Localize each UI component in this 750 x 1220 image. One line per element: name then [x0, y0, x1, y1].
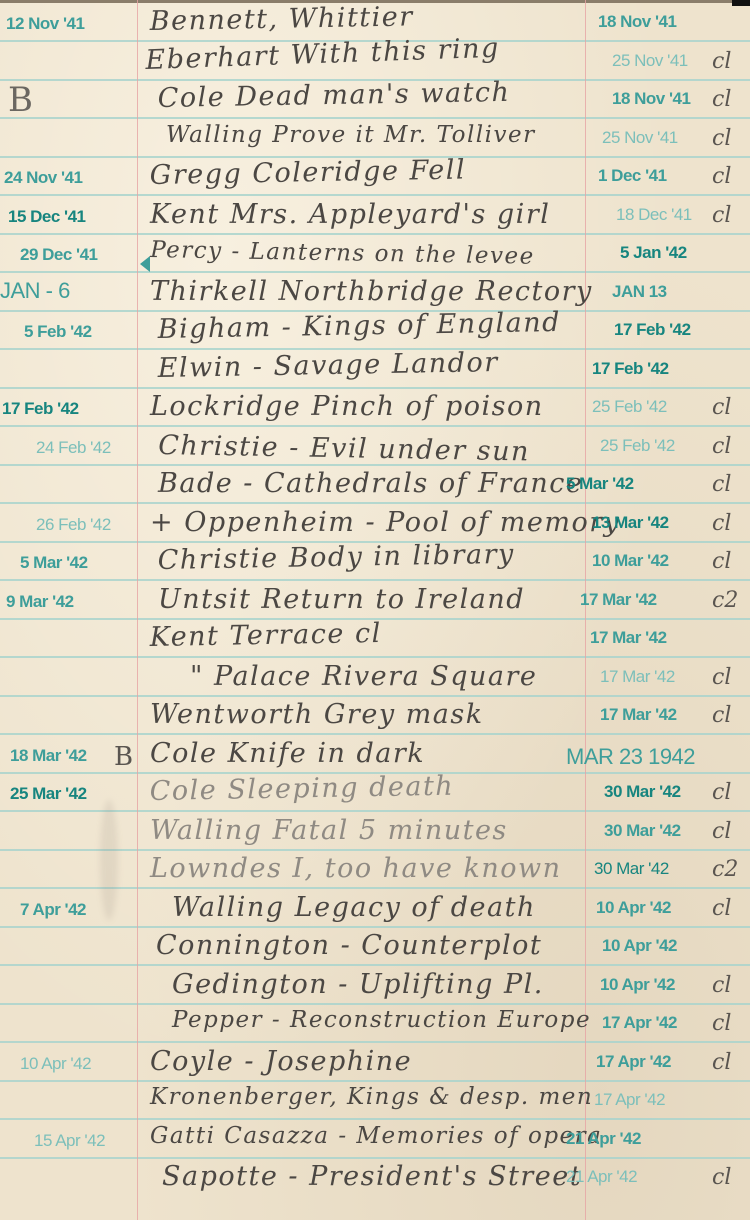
ledger-row: 24 Feb '42Christie - Evil under sun25 Fe… [0, 430, 750, 468]
due-date-stamp: 17 Feb '42 [592, 359, 669, 379]
ledger-row: Gedington - Uplifting Pl.10 Apr '42cl [0, 969, 750, 1007]
due-date-stamp: 17 Mar '42 [600, 667, 675, 687]
ledger-row: JAN - 6Thirkell Northbridge RectoryJAN 1… [0, 276, 750, 314]
due-date-stamp: 5 Mar '42 [566, 474, 634, 494]
ledger-row: Pepper - Reconstruction Europe17 Apr '42… [0, 1007, 750, 1045]
checkout-date-stamp: 7 Apr '42 [20, 900, 86, 920]
ledger-row: 18 Mar '42BCole Knife in darkMAR 23 1942 [0, 738, 750, 776]
ledger-row: Lowndes I, too have known30 Mar '42c2 [0, 853, 750, 891]
ledger-row: 5 Mar '42Christie Body in library10 Mar … [0, 545, 750, 583]
due-date-stamp: 17 Mar '42 [600, 705, 677, 725]
due-date-stamp: 17 Apr '42 [594, 1090, 665, 1110]
due-date-stamp: 18 Dec '41 [616, 205, 692, 225]
due-date-stamp: 17 Apr '42 [602, 1013, 677, 1033]
checkout-date-stamp: 10 Apr '42 [20, 1054, 91, 1074]
return-mark: c2 [712, 857, 738, 882]
return-mark: cl [712, 49, 731, 74]
ledger-row: Cole Dead man's watch18 Nov '41cl [0, 83, 750, 121]
book-entry: Kronenberger, Kings & desp. men [150, 1084, 593, 1110]
due-date-stamp: 30 Mar '42 [594, 859, 669, 879]
book-entry: Cole Knife in dark [150, 738, 425, 769]
ledger-row: 26 Feb '42+ Oppenheim - Pool of memory13… [0, 507, 750, 545]
due-date-stamp: 30 Mar '42 [604, 782, 681, 802]
checkout-date-stamp: 26 Feb '42 [36, 515, 111, 535]
checkout-date-stamp: 15 Dec '41 [8, 207, 86, 227]
return-mark: cl [712, 780, 731, 805]
due-date-stamp: 17 Feb '42 [614, 320, 691, 340]
book-entry: Thirkell Northbridge Rectory [150, 276, 593, 307]
return-mark: cl [712, 1011, 731, 1036]
due-date-stamp: 17 Mar '42 [590, 628, 667, 648]
book-entry: Gedington - Uplifting Pl. [172, 969, 544, 1000]
due-date-stamp: 25 Feb '42 [600, 436, 675, 456]
due-date-stamp: 30 Mar '42 [604, 821, 681, 841]
ledger-row: 25 Mar '42Cole Sleeping death30 Mar '42c… [0, 776, 750, 814]
book-entry: Lowndes I, too have known [150, 853, 561, 884]
return-mark: cl [712, 126, 731, 151]
ledger-row: Kronenberger, Kings & desp. men17 Apr '4… [0, 1084, 750, 1122]
book-entry: Bigham - Kings of England [157, 307, 561, 345]
due-date-stamp: 25 Nov '41 [602, 128, 678, 148]
checkout-date-stamp: 24 Nov '41 [4, 168, 82, 188]
book-entry: Walling Fatal 5 minutes [150, 815, 508, 846]
due-date-stamp: 21 Apr '42 [566, 1129, 641, 1149]
return-mark: cl [712, 511, 731, 536]
book-entry: Connington - Counterplot [156, 930, 542, 961]
book-entry: Sapotte - President's Street [162, 1161, 582, 1192]
checkout-date-stamp: 18 Mar '42 [10, 746, 87, 766]
ledger-row: Elwin - Savage Landor17 Feb '42 [0, 353, 750, 391]
return-mark: cl [712, 434, 731, 459]
return-mark: cl [712, 472, 731, 497]
book-entry: Christie Body in library [157, 539, 515, 576]
due-date-stamp: 25 Nov '41 [612, 51, 688, 71]
book-entry: Bennett, Whittier [149, 1, 413, 37]
checkout-date-stamp: 15 Apr '42 [34, 1131, 105, 1151]
book-entry: Gregg Coleridge Fell [149, 154, 466, 191]
book-entry: Lockridge Pinch of poison [150, 391, 544, 422]
ledger-row: 29 Dec '41Percy - Lanterns on the levee5… [0, 237, 750, 275]
return-mark: c2 [712, 588, 738, 613]
book-entry: Elwin - Savage Landor [157, 347, 498, 384]
due-date-stamp: JAN 13 [612, 282, 667, 302]
due-date-stamp: 10 Apr '42 [602, 936, 677, 956]
checkout-date-stamp: 5 Feb '42 [24, 322, 92, 342]
return-mark: cl [712, 1050, 731, 1075]
checkout-date-stamp: JAN - 6 [0, 278, 70, 304]
return-mark: cl [712, 973, 731, 998]
book-entry: Pepper - Reconstruction Europe [172, 1007, 591, 1033]
ledger-row: 24 Nov '41Gregg Coleridge Fell1 Dec '41c… [0, 160, 750, 198]
ledger-row: 15 Apr '42Gatti Casazza - Memories of op… [0, 1123, 750, 1161]
ledger-row: Walling Prove it Mr. Tolliver25 Nov '41c… [0, 122, 750, 160]
book-entry: Christie - Evil under sun [158, 430, 530, 467]
book-entry: " Palace Rivera Square [190, 661, 537, 692]
book-entry: Cole Sleeping death [149, 771, 454, 807]
due-date-stamp: MAR 23 1942 [566, 744, 695, 770]
return-mark: cl [712, 896, 731, 921]
book-entry: Kent Terrace cl [149, 618, 382, 653]
row-b-mark: B [114, 742, 133, 772]
book-entry: Untsit Return to Ireland [158, 584, 525, 615]
due-date-stamp: 10 Mar '42 [592, 551, 669, 571]
book-entry: Walling Legacy of death [172, 892, 536, 923]
ledger-row: Eberhart With this ring25 Nov '41cl [0, 45, 750, 83]
ledger-row: 17 Feb '42Lockridge Pinch of poison25 Fe… [0, 391, 750, 429]
return-mark: cl [712, 703, 731, 728]
ledger-row: 5 Feb '42Bigham - Kings of England17 Feb… [0, 314, 750, 352]
return-mark: cl [712, 819, 731, 844]
return-mark: cl [712, 164, 731, 189]
return-mark: cl [712, 665, 731, 690]
return-mark: cl [712, 1165, 731, 1190]
ledger-row: Bade - Cathedrals of France5 Mar '42cl [0, 468, 750, 506]
book-entry: Kent Mrs. Appleyard's girl [150, 199, 550, 230]
return-mark: cl [712, 395, 731, 420]
book-entry: Gatti Casazza - Memories of opera [150, 1123, 602, 1149]
due-date-stamp: 17 Apr '42 [596, 1052, 671, 1072]
checkout-date-stamp: 25 Mar '42 [10, 784, 87, 804]
checkout-date-stamp: 5 Mar '42 [20, 553, 88, 573]
due-date-stamp: 18 Nov '41 [598, 12, 676, 32]
book-entry: Cole Dead man's watch [157, 77, 510, 114]
due-date-stamp: 25 Feb '42 [592, 397, 667, 417]
book-entry: Bade - Cathedrals of France [158, 468, 583, 499]
ledger-row: 10 Apr '42Coyle - Josephine17 Apr '42cl [0, 1046, 750, 1084]
checkout-date-stamp: 29 Dec '41 [20, 245, 98, 265]
ledger-row: " Palace Rivera Square17 Mar '42cl [0, 661, 750, 699]
due-date-stamp: 21 Apr '42 [566, 1167, 637, 1187]
checkout-date-stamp: 9 Mar '42 [6, 592, 74, 612]
ledger-row: Kent Terrace cl17 Mar '42 [0, 622, 750, 660]
due-date-stamp: 10 Apr '42 [596, 898, 671, 918]
ledger-row: 9 Mar '42Untsit Return to Ireland17 Mar … [0, 584, 750, 622]
return-mark: cl [712, 87, 731, 112]
checkout-date-stamp: 17 Feb '42 [2, 399, 79, 419]
ledger-row: Walling Fatal 5 minutes30 Mar '42cl [0, 815, 750, 853]
due-date-stamp: 17 Mar '42 [580, 590, 657, 610]
checkout-date-stamp: 12 Nov '41 [6, 14, 84, 34]
due-date-stamp: 10 Apr '42 [600, 975, 675, 995]
return-mark: cl [712, 203, 731, 228]
book-entry: Wentworth Grey mask [150, 699, 484, 730]
due-date-stamp: 5 Jan '42 [620, 243, 687, 263]
book-entry: Walling Prove it Mr. Tolliver [166, 122, 536, 148]
checkout-date-stamp: 24 Feb '42 [36, 438, 111, 458]
book-entry: + Oppenheim - Pool of memory [150, 507, 620, 538]
ledger-row: Connington - Counterplot10 Apr '42 [0, 930, 750, 968]
due-date-stamp: 1 Dec '41 [598, 166, 667, 186]
ledger-row: Wentworth Grey mask17 Mar '42cl [0, 699, 750, 737]
return-mark: cl [712, 549, 731, 574]
due-date-stamp: 18 Nov '41 [612, 89, 690, 109]
due-date-stamp: 13 Mar '42 [592, 513, 669, 533]
ledger-row: Sapotte - President's Street21 Apr '42cl [0, 1161, 750, 1199]
ledger-row: 15 Dec '41Kent Mrs. Appleyard's girl18 D… [0, 199, 750, 237]
book-entry: Coyle - Josephine [150, 1046, 412, 1077]
ledger-row: 7 Apr '42Walling Legacy of death10 Apr '… [0, 892, 750, 930]
book-entry: Percy - Lanterns on the levee [150, 237, 535, 270]
